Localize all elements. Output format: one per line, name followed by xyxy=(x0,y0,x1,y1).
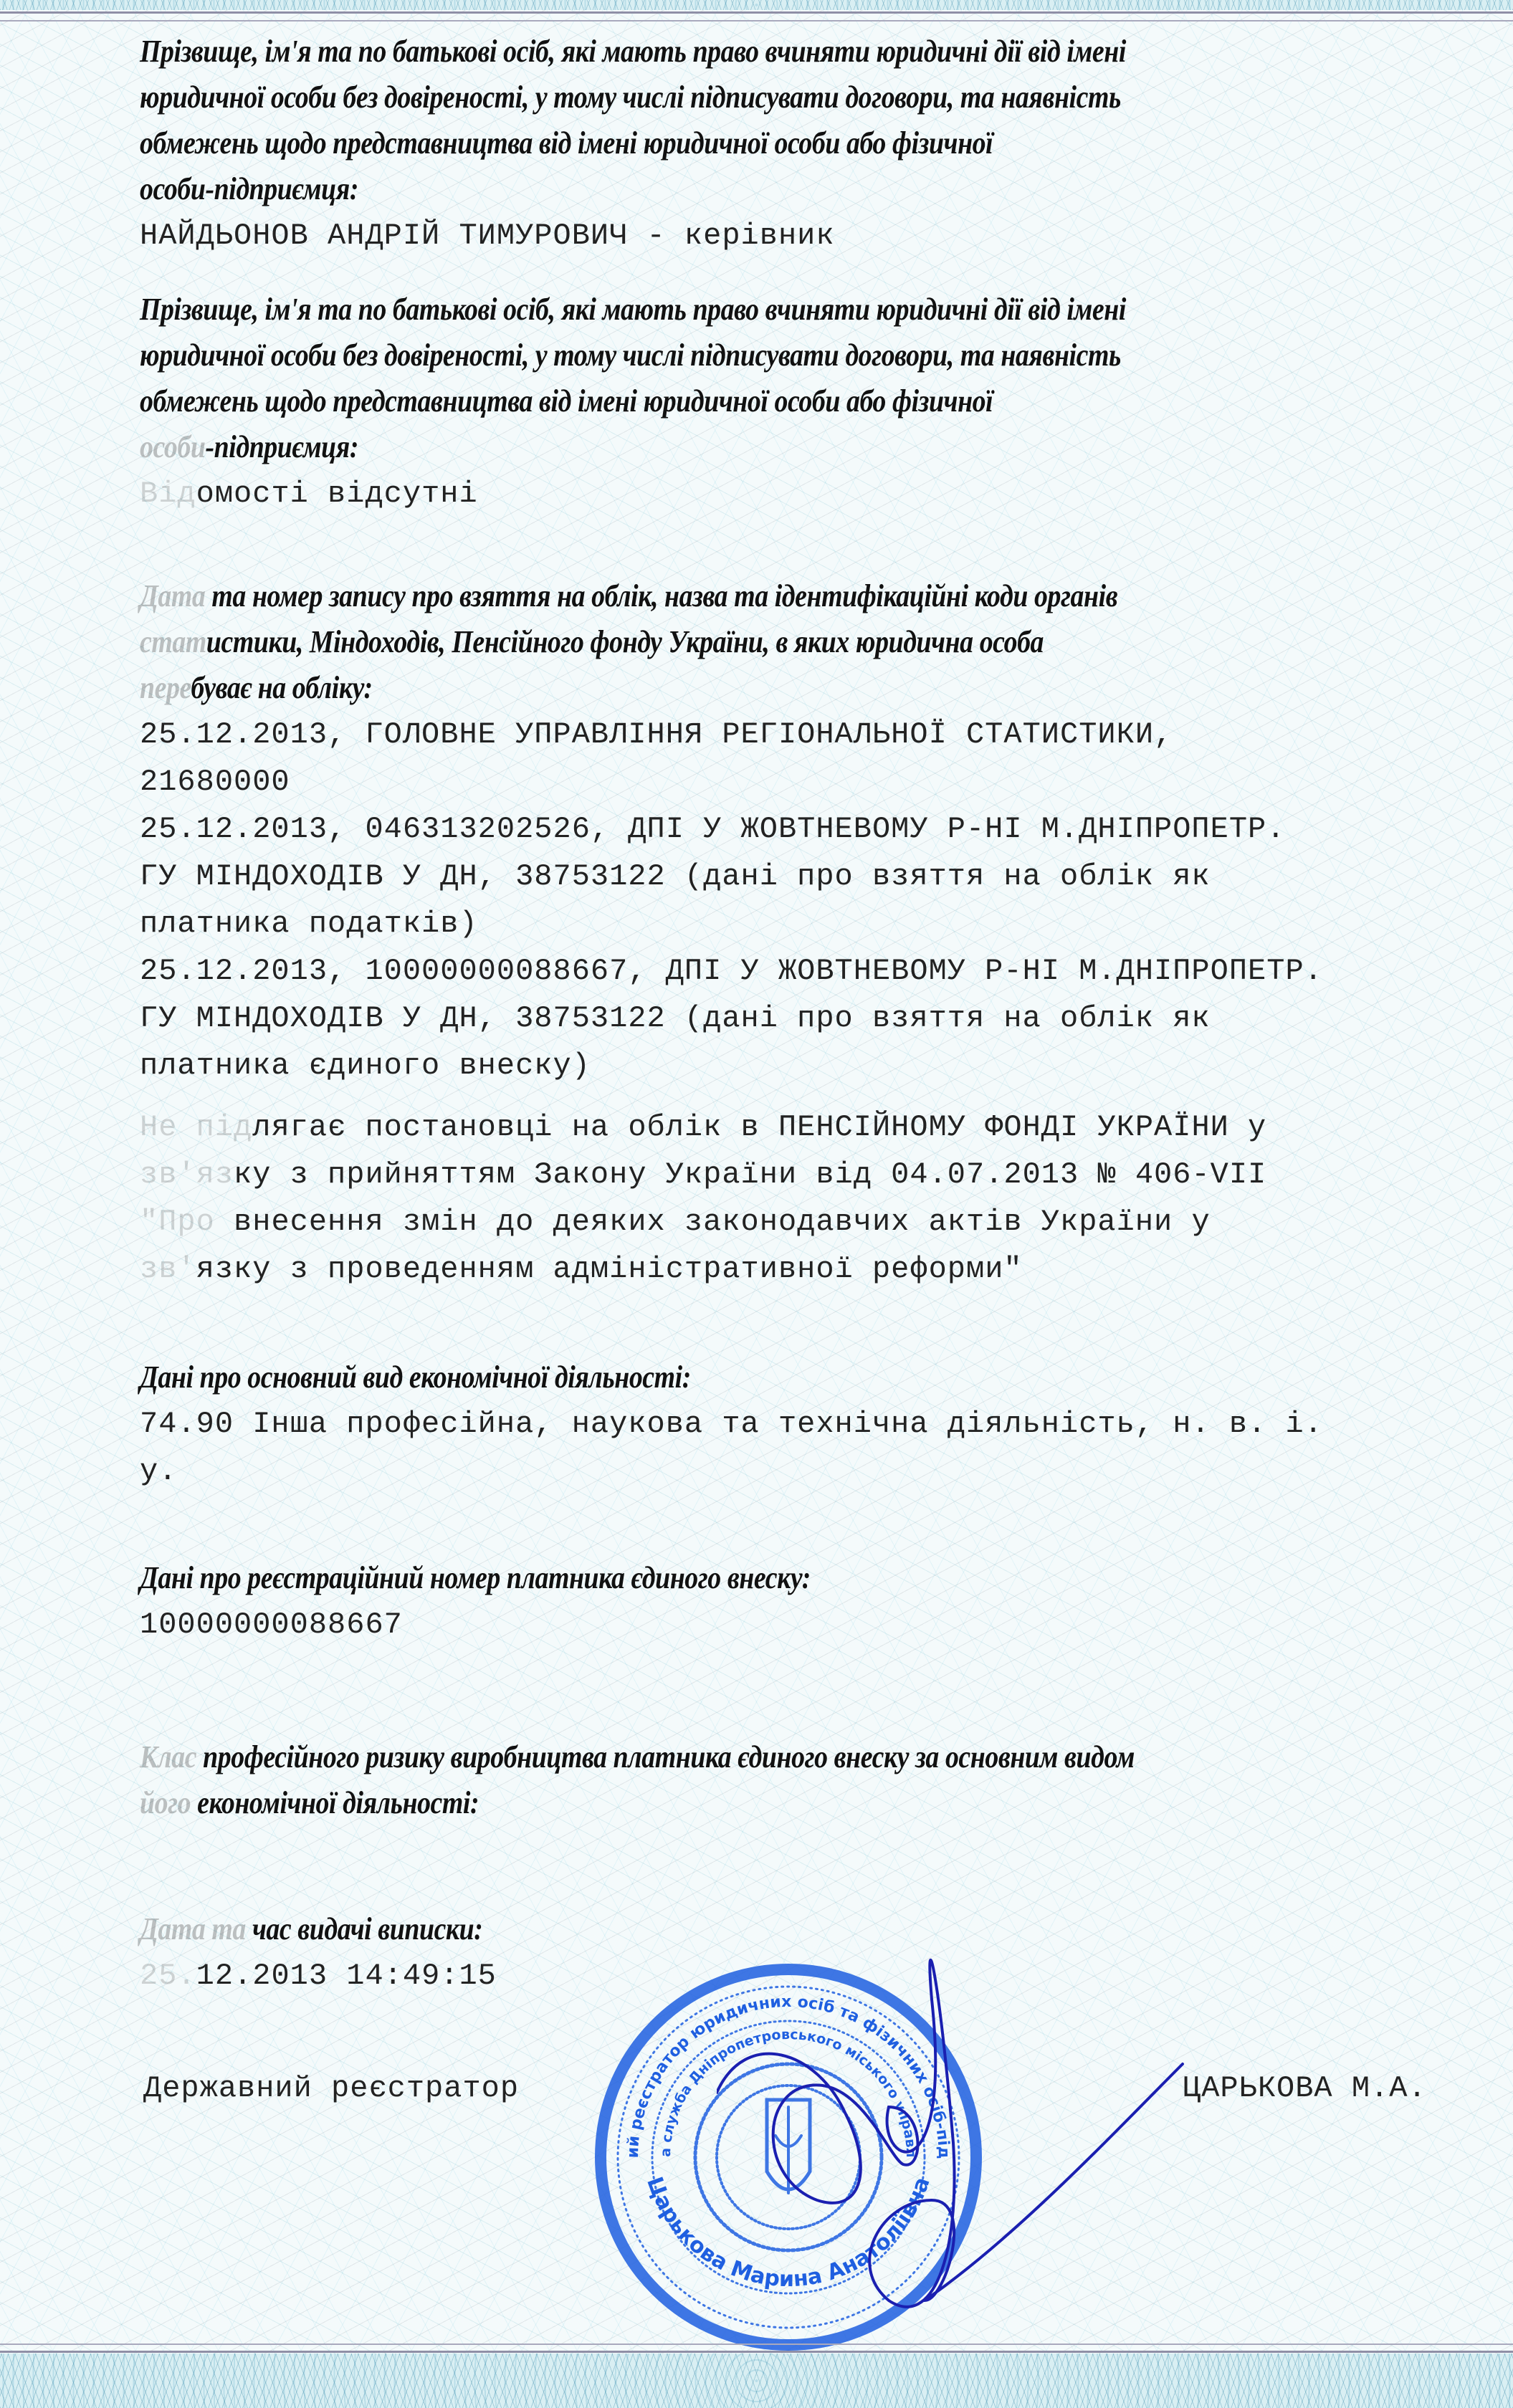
section-value: Відомості відсутні xyxy=(140,470,1513,517)
section-heading: Клас професійного ризику виробництва пла… xyxy=(140,1734,1484,1826)
section-heading-line: Прізвище, ім'я та по батькові осіб, які … xyxy=(140,29,1484,75)
section-heading-line: юридичної особи без довіреності, у тому … xyxy=(140,75,1484,120)
handwritten-signature xyxy=(717,1928,1290,2329)
section-value-line: Не підлягає постановці на облік в ПЕНСІЙ… xyxy=(140,1104,1266,1151)
section-value-line: у. xyxy=(140,1448,1513,1495)
top-border-line-inner xyxy=(0,20,1513,21)
section-value-line: ГУ МІНДОХОДІВ У ДН, 38753122 (дані про в… xyxy=(140,853,1513,900)
section-value-line: 21680000 xyxy=(140,758,1513,806)
section-heading-line: обмежень щодо представництва від імені ю… xyxy=(140,120,1484,166)
section-heading-line: його економічної діяльності: xyxy=(140,1780,1484,1826)
top-border-line xyxy=(0,11,1513,14)
section-heading-line: юридичної особи без довіреності, у тому … xyxy=(140,333,1484,378)
section-value-line: 74.90 Інша професійна, наукова та техніч… xyxy=(140,1400,1513,1448)
section-heading-line: перебуває на обліку: xyxy=(140,665,1484,711)
section-heading-line: статистики, Міндоходів, Пенсійного фонду… xyxy=(140,619,1484,665)
section-value-line: 25.12.2013, 046313202526, ДПІ У ЖОВТНЕВО… xyxy=(140,806,1513,853)
section-value-line: платника єдиного внеску) xyxy=(140,1042,1513,1089)
section-heading-line: особи-підприємця: xyxy=(140,166,1484,212)
bottom-ornamental-border xyxy=(0,2354,1513,2408)
extract-section: Дата та номер запису про взяття на облік… xyxy=(140,573,1513,1089)
section-heading: Прізвище, ім'я та по батькові осіб, які … xyxy=(140,29,1484,212)
section-heading: Дата та номер запису про взяття на облік… xyxy=(140,573,1484,711)
section-heading-line: Дані про реєстраційний номер платника єд… xyxy=(140,1555,1484,1601)
section-value-line: НАЙДЬОНОВ АНДРІЙ ТИМУРОВИЧ - керівник xyxy=(140,212,1513,259)
section-value-line: платника податків) xyxy=(140,900,1513,947)
section-value-line: 25.12.2013, 10000000088667, ДПІ У ЖОВТНЕ… xyxy=(140,947,1513,995)
section-heading: Дані про основний вид економічної діяльн… xyxy=(140,1354,1484,1400)
bottom-border-line-inner xyxy=(0,2343,1513,2345)
section-value: НАЙДЬОНОВ АНДРІЙ ТИМУРОВИЧ - керівник xyxy=(140,212,1513,259)
section-heading: Прізвище, ім'я та по батькові осіб, які … xyxy=(140,287,1484,470)
section-value-line: зв'язку з проведенням адміністративної р… xyxy=(140,1246,1266,1293)
section-heading-line: Дата та номер запису про взяття на облік… xyxy=(140,573,1484,619)
section-value-line: "Про внесення змін до деяких законодавчи… xyxy=(140,1198,1266,1246)
section-value: 10000000088667 xyxy=(140,1601,1513,1648)
extract-section: Не підлягає постановці на облік в ПЕНСІЙ… xyxy=(140,1104,1266,1293)
section-heading-line: Дані про основний вид економічної діяльн… xyxy=(140,1354,1484,1400)
extract-section: Дані про реєстраційний номер платника єд… xyxy=(140,1555,1513,1648)
section-value: 25.12.2013, ГОЛОВНЕ УПРАВЛІННЯ РЕГІОНАЛЬ… xyxy=(140,711,1513,1089)
section-value: Не підлягає постановці на облік в ПЕНСІЙ… xyxy=(140,1104,1266,1293)
bottom-border-line xyxy=(0,2351,1513,2353)
section-value-line: 10000000088667 xyxy=(140,1601,1513,1648)
section-value-line: ГУ МІНДОХОДІВ У ДН, 38753122 (дані про в… xyxy=(140,995,1513,1042)
section-heading: Дані про реєстраційний номер платника єд… xyxy=(140,1555,1484,1601)
section-heading-line: Клас професійного ризику виробництва пла… xyxy=(140,1734,1484,1780)
section-heading-line: Прізвище, ім'я та по батькові осіб, які … xyxy=(140,287,1484,333)
section-value: 74.90 Інша професійна, наукова та техніч… xyxy=(140,1400,1513,1495)
extract-section: Прізвище, ім'я та по батькові осіб, які … xyxy=(140,287,1513,517)
section-heading-line: обмежень щодо представництва від імені ю… xyxy=(140,378,1484,424)
section-heading-line: особи-підприємця: xyxy=(140,424,1484,470)
section-value-line: 25.12.2013, ГОЛОВНЕ УПРАВЛІННЯ РЕГІОНАЛЬ… xyxy=(140,711,1513,758)
section-value-line: зв'язку з прийняттям Закону України від … xyxy=(140,1151,1266,1198)
extract-section: Дані про основний вид економічної діяльн… xyxy=(140,1354,1513,1495)
extract-section: Клас професійного ризику виробництва пла… xyxy=(140,1734,1513,1826)
section-value-line: Відомості відсутні xyxy=(140,470,1513,517)
extract-section: Прізвище, ім'я та по батькові осіб, які … xyxy=(140,29,1513,259)
top-ornamental-border xyxy=(0,0,1513,10)
registrar-role-label: Державний реєстратор xyxy=(143,2071,519,2106)
